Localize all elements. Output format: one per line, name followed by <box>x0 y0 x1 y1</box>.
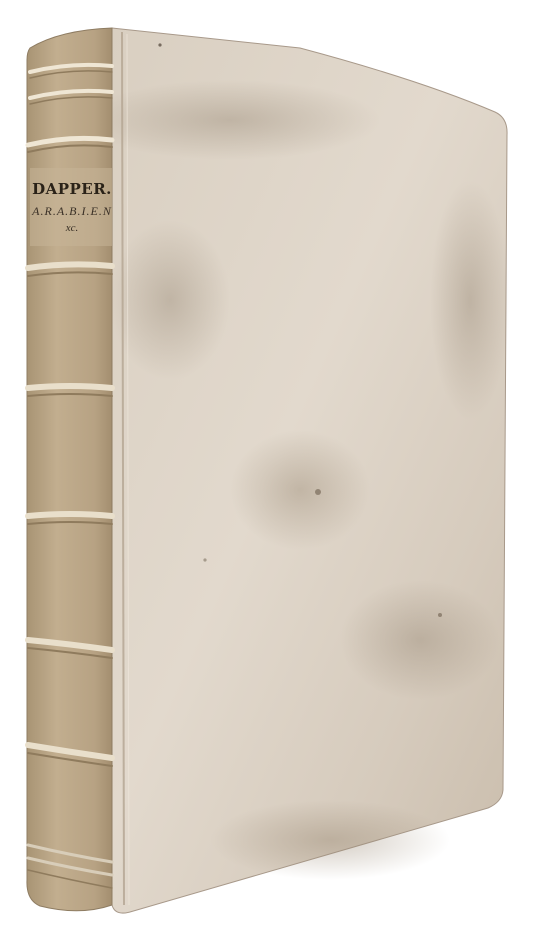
spine <box>27 28 112 911</box>
spine-subtitle: A.R.A.B.I.E.N <box>30 204 114 219</box>
spine-volume: xc. <box>30 222 114 234</box>
book-photo: DAPPER. A.R.A.B.I.E.N xc. <box>0 0 533 931</box>
spine-title: DAPPER. <box>30 180 114 198</box>
book-illustration <box>0 0 533 931</box>
